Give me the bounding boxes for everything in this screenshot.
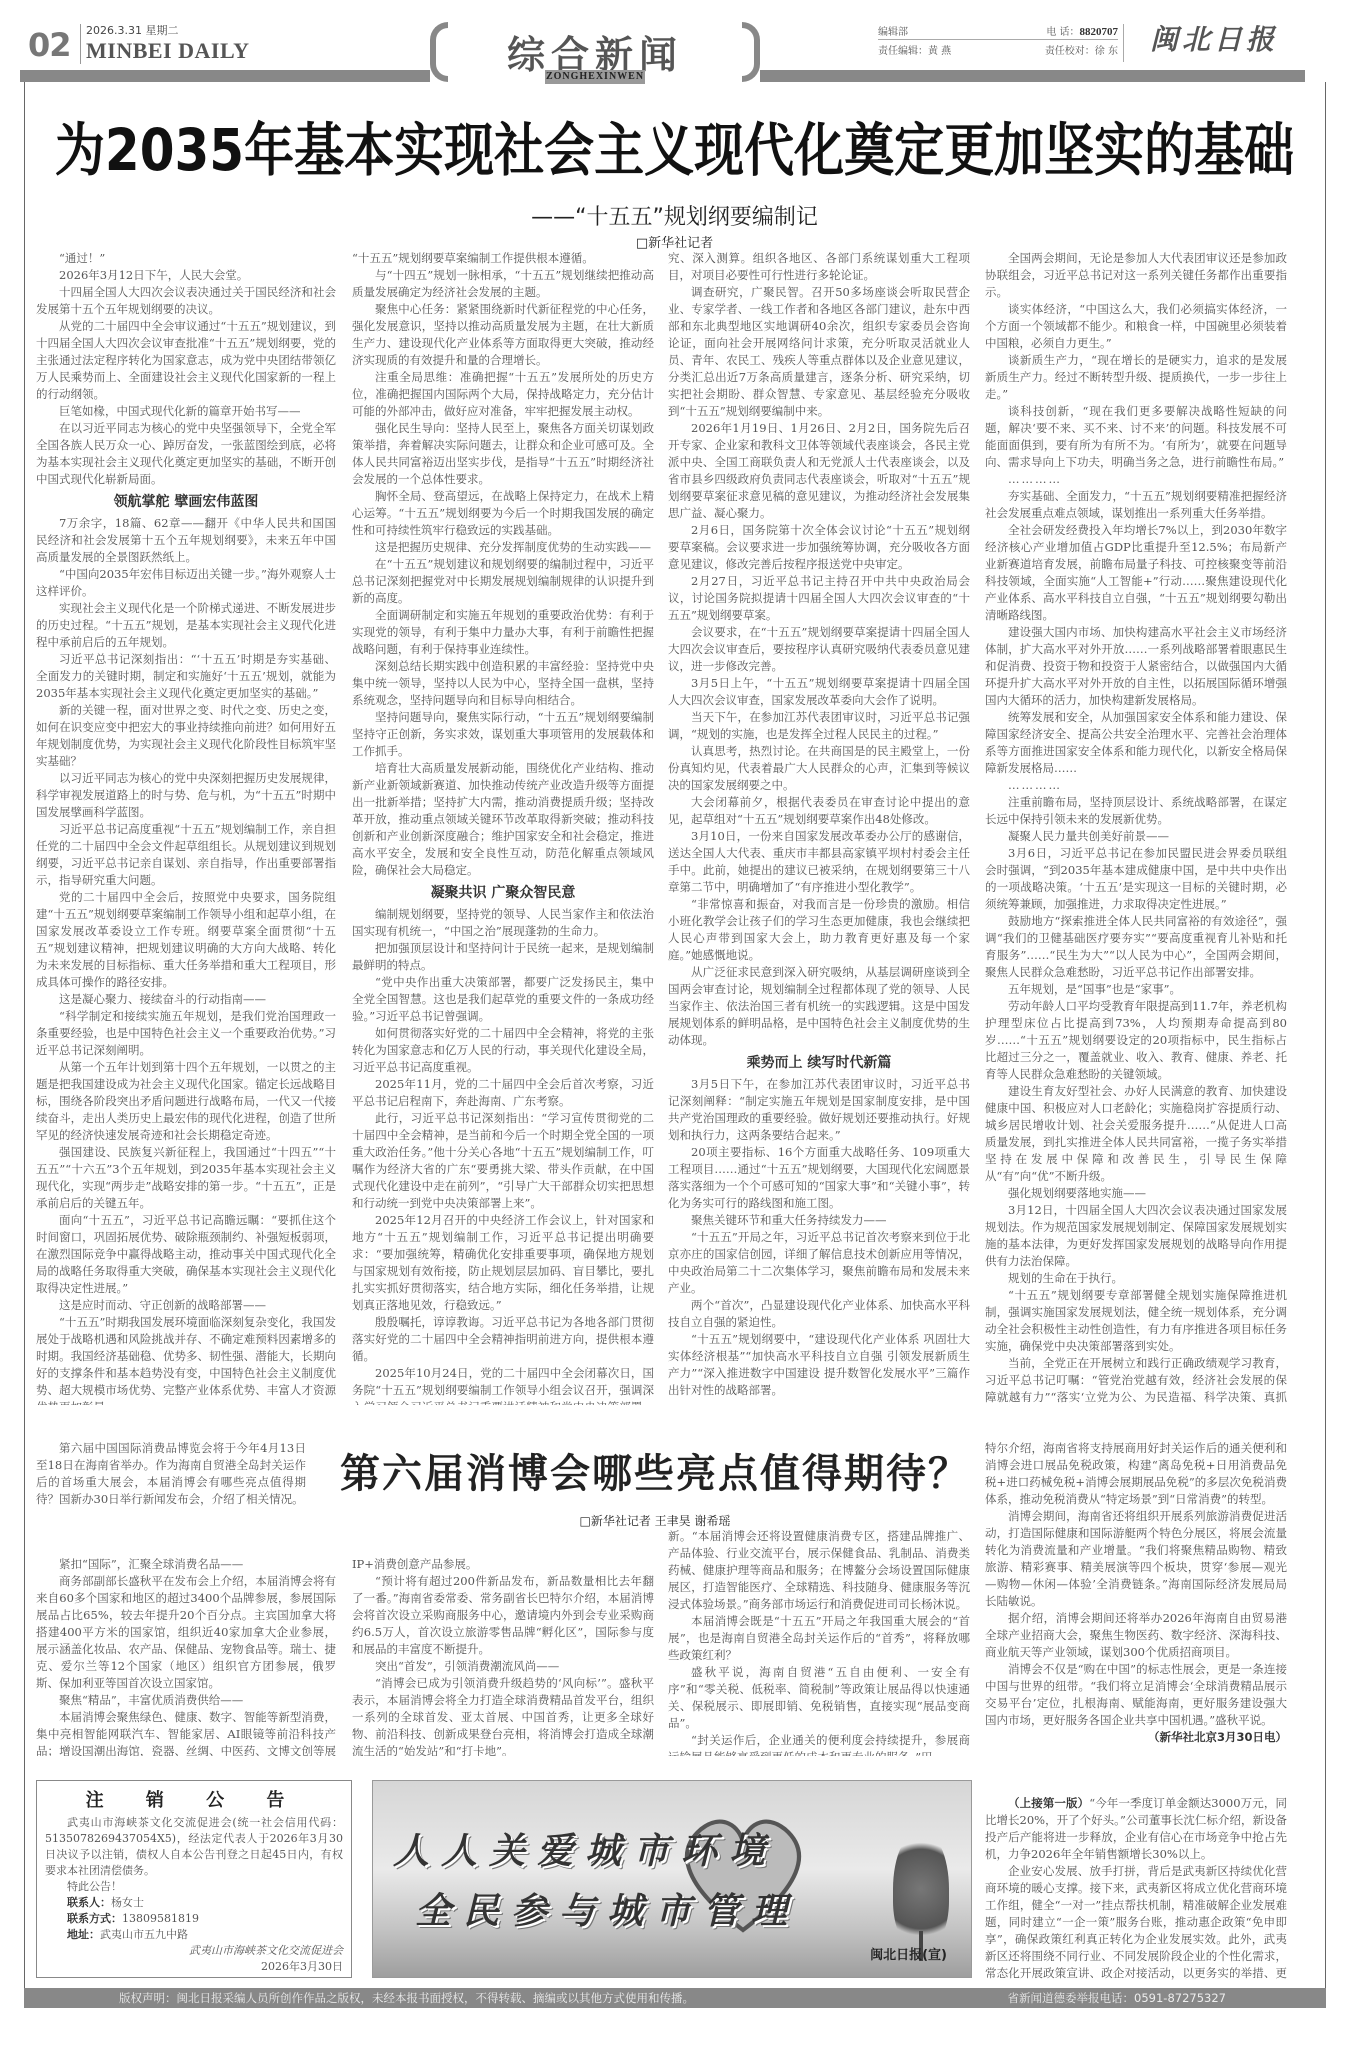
paragraph: 本届消博会聚焦绿色、健康、数字、智能等新型消费，集中亮相智能网联汽车、智能家居、… bbox=[36, 1709, 336, 1756]
paragraph: “十五五”规划纲要中，“建设现代化产业体系 巩固壮大实体经济根基”“加快高水平科… bbox=[668, 1331, 970, 1399]
paragraph: 此行，习近平总书记深刻指出：“学习宣传贯彻党的二十届四中全会精神，是当前和今后一… bbox=[352, 1110, 654, 1212]
paragraph: 2月6日，国务院第十次全体会议讨论“十五五”规划纲要草案稿。会议要求进一步加强统… bbox=[668, 522, 970, 573]
paragraph: 编制规划纲要，坚持党的领导、人民当家作主和依法治国实现有机统一，“中国之治”展现… bbox=[352, 906, 654, 940]
section-subheading: 乘势而上 续写时代新篇 bbox=[668, 1055, 970, 1072]
ellipsis-separator: ………… bbox=[985, 777, 1287, 794]
paragraph: 2026年3月12日下午，人民大会堂。 bbox=[36, 267, 336, 284]
paragraph: “党中央作出重大决策部署，都要广泛发扬民主，集中全党全国智慧。这也是我们起草党的… bbox=[352, 974, 654, 1025]
section-subheading: 凝聚共识 广聚众智民意 bbox=[352, 885, 654, 902]
paragraph: 建设强大国内市场、加快构建高水平社会主义市场经济体制，扩大高水平对外开放……一系… bbox=[985, 624, 1287, 709]
paragraph: 凝聚人民力量共创美好前景—— bbox=[985, 828, 1287, 845]
paragraph: 当天下午，在参加江苏代表团审议时，习近平总书记强调，“规划的实施，也是发挥全过程… bbox=[668, 709, 970, 743]
paragraph: 从广泛征求民意到深入研究吸纳，从基层调研座谈到全国两会审查讨论，规划编制全过程都… bbox=[668, 964, 970, 1049]
paragraph: 强化民生导向：坚持人民至上，聚焦各方面关切谋划政策举措，奔着解决实际问题去，让群… bbox=[352, 420, 654, 488]
paragraph: 注重前瞻布局，坚持顶层设计、系统战略部署，在谋定长远中保持引领未来的发展新优势。 bbox=[985, 794, 1287, 828]
paragraph: 聚焦中心任务：紧紧围绕新时代新征程党的中心任务，强化发展意识，坚持以推动高质量发… bbox=[352, 301, 654, 369]
paragraph: 习近平总书记深刻指出：“‘十五五’时期是夯实基础、全面发力的关键时期，制定和实施… bbox=[36, 651, 336, 702]
paragraph: 这是把握历史规律、充分发挥制度优势的生动实践—— bbox=[352, 539, 654, 556]
paragraph: 2025年10月24日，党的二十届四中全会闭幕次日，国务院“十五五”规划纲要编制… bbox=[352, 1365, 654, 1405]
main-article-column-2: “十五五”规划纲要草案编制工作提供根本遵循。与“十四五”规划一脉相承，“十五五”… bbox=[352, 250, 654, 1405]
section-pinyin: ZONGHEXINWEN bbox=[545, 70, 645, 84]
paragraph: IP+消费创意产品参展。 bbox=[352, 1556, 654, 1573]
paragraph: 强化规划纲要落地实施—— bbox=[985, 1185, 1287, 1202]
paragraph: 2025年11月，党的二十届四中全会后首次考察，习近平总书记启程南下，奔赴海南、… bbox=[352, 1076, 654, 1110]
paragraph: 深刻总结长期实践中创造积累的丰富经验：坚持党中央集中统一领导，坚持以人民为中心，… bbox=[352, 658, 654, 709]
paragraph: 鼓励地方“探索推进全体人民共同富裕的有效途径”，强调“我们的卫健基础医疗要夯实”… bbox=[985, 913, 1287, 981]
dept-phone: 电 话：8820707 bbox=[1046, 23, 1118, 38]
paragraph: “非常惊喜和振奋，对我而言是一份珍贵的激励。相信小班化教学会让孩子们的学习生态更… bbox=[668, 896, 970, 964]
paragraph: “十五五”时期我国发展环境面临深刻复杂变化，我国发展处于战略机遇和风险挑战并存、… bbox=[36, 1314, 336, 1405]
paragraph: 夯实基础、全面发力，“十五五”规划纲要精准把握经济社会发展重点难点领域，谋划推出… bbox=[985, 488, 1287, 522]
main-article-column-3: 究、深入测算。组织各地区、各部门系统谋划重大工程项目，对项目必要性可行性进行多轮… bbox=[668, 250, 970, 1405]
paragraph: 调查研究，广聚民智。召开50多场座谈会听取民营企业、专家学者、一线工作者和各地区… bbox=[668, 284, 970, 420]
paragraph: 与“十四五”规划一脉相承，“十五五”规划继续把推动高质量发展确定为经济社会发展的… bbox=[352, 267, 654, 301]
paragraph: 胸怀全局、登高望远，在战略上保持定力，在战术上精心运筹。“十五五”规划纲要为今后… bbox=[352, 488, 654, 539]
dept-label: 编辑部 bbox=[878, 23, 908, 38]
paragraph: 3月5日下午，在参加江苏代表团审议时，习近平总书记深刻阐释：“制定实施五年规划是… bbox=[668, 1076, 970, 1144]
paragraph: 在“十五五”规划建议和规划纲要的编制过程中，习近平总书记深刻把握党对中长期发展规… bbox=[352, 556, 654, 607]
paragraph: 坚持问题导向，聚焦实际行动，“十五五”规划纲要编制坚持守正创新，务实求效，谋划重… bbox=[352, 709, 654, 760]
continued-article: （上接第一版）“今年一季度订单金额达3000万元，同比增长20%，开了个好头。”… bbox=[985, 1795, 1287, 1980]
main-article-column-4: 全国两会期间，无论是参加人大代表团审议还是参加政协联组会，习近平总书记对这一系列… bbox=[985, 250, 1287, 1405]
bracket-left-decor bbox=[430, 22, 448, 82]
paragraph: 从党的二十届四中全会审议通过“十五五”规划建议，到十四届全国人大四次会议审查批准… bbox=[36, 318, 336, 403]
paragraph: “中国向2035年宏伟目标迈出关键一步。”海外观察人士这样评价。 bbox=[36, 566, 336, 600]
copyright-notice: 版权声明：闽北日报采编人员所创作作品之版权，未经本报书面授权，不得转载、摘编或以… bbox=[119, 1988, 694, 2008]
paragraph: 在以习近平同志为核心的党中央坚强领导下，全党全军全国各族人民万众一心、踔厉奋发，… bbox=[36, 420, 336, 488]
paragraph: 3月10日，一份来自国家发展改革委办公厅的感谢信，送达全国人大代表、重庆市丰都县… bbox=[668, 828, 970, 896]
paragraph: “十五五”开局之年，习近平总书记首次考察来到位于北京亦庄的国家信创园，详细了解信… bbox=[668, 1229, 970, 1297]
paragraph: 面向“十五五”，习近平总书记高瞻远瞩：“要抓住这个时间窗口，巩固拓展优势、破除瓶… bbox=[36, 1212, 336, 1297]
report-hotline: 省新闻道德委举报电话：0591-87275327 bbox=[1008, 1988, 1226, 2008]
paragraph: 消博会期间，海南省还将组织开展系列旅游消费促进活动，打造国际健康和国际游艇两个特… bbox=[985, 1508, 1287, 1610]
main-subheadline: ——“十五五”规划纲要编制记 bbox=[24, 200, 1325, 231]
paragraph: 特尔介绍，海南省将支持展商用好封关运作后的通关便利和消博会进口展品免税政策，构建… bbox=[985, 1440, 1287, 1508]
paragraph: 第六届中国国际消费品博览会将于今年4月13日至18日在海南省举办。作为海南自贸港… bbox=[36, 1440, 306, 1508]
expo-intro: 第六届中国国际消费品博览会将于今年4月13日至18日在海南省举办。作为海南自贸港… bbox=[36, 1440, 306, 1550]
paragraph: 五年规划，是“国事”也是“家事”。 bbox=[985, 981, 1287, 998]
paragraph: 消博会不仅是“购在中国”的标志性展会，更是一条连接中国与世界的纽带。“我们将立足… bbox=[985, 1661, 1287, 1729]
editor-info: 编辑部 电 话：8820707 责任编辑：黄 燕 责任校对：徐 东 bbox=[878, 22, 1118, 58]
paragraph: 强国建设、民族复兴新征程上，我国通过“十四五”“十五五”“十六五”3个五年规划，… bbox=[36, 1144, 336, 1212]
paragraph: “十五五”规划纲要专章部署健全规划实施保障推进机制，强调实施国家发展规划法，健全… bbox=[985, 1287, 1287, 1355]
paragraph: “通过！” bbox=[36, 250, 336, 267]
continued-paragraph: （上接第一版）“今年一季度订单金额达3000万元，同比增长20%，开了个好头。”… bbox=[985, 1795, 1287, 1863]
expo-byline: □新华社记者 王聿昊 谢希瑶 bbox=[310, 1512, 1000, 1529]
paragraph: 当前，全党正在开展树立和践行正确政绩观学习教育，习近平总书记叮嘱：“管党治党越有… bbox=[985, 1355, 1287, 1405]
notice-signer: 武夷山市海峡茶文化交流促进会 bbox=[45, 1943, 343, 1959]
paragraph: 2026年1月19日、1月26日、2月2日，国务院先后召开专家、企业家和教科文卫… bbox=[668, 420, 970, 522]
paragraph: 突出“首发”，引领消费潮流风尚—— bbox=[352, 1658, 654, 1675]
paragraph: 这是凝心聚力、接续奋斗的行动指南—— bbox=[36, 991, 336, 1008]
paragraph: 建设生育友好型社会、办好人民满意的教育、加快建设健康中国、积极应对人口老龄化；实… bbox=[985, 1083, 1287, 1185]
page-frame-right bbox=[1325, 82, 1326, 1992]
expo-column-3: 新。“本届消博会还将设置健康消费专区，搭建品牌推广、产品体验、行业交流平台，展示… bbox=[668, 1528, 970, 1756]
paragraph: 从第一个五年计划到第十四个五年规划，一以贯之的主题是把我国建设成为社会主义现代化… bbox=[36, 1059, 336, 1144]
paragraph: 十四届全国人大四次会议表决通过关于国民经济和社会发展第十五个五年规划纲要的决议。 bbox=[36, 284, 336, 318]
ellipsis-separator: ………… bbox=[985, 471, 1287, 488]
paragraph: “科学制定和接续实施五年规划，是我们党治国理政一条重要经验，也是中国特色社会主义… bbox=[36, 1008, 336, 1059]
notice-date: 2026年3月30日 bbox=[45, 1959, 343, 1975]
paragraph: 全社会研发经费投入年均增长7%以上，到2030年数字经济核心产业增加值占GDP比… bbox=[985, 522, 1287, 624]
editor-in-charge: 责任编辑：黄 燕 bbox=[878, 42, 951, 57]
paragraph: 劳动年龄人口平均受教育年限提高到11.7年，养老机构护理型床位占比提高到73%，… bbox=[985, 998, 1287, 1083]
paragraph: 聚焦关键环节和重大任务持续发力—— bbox=[668, 1212, 970, 1229]
paragraph: 究、深入测算。组织各地区、各部门系统谋划重大工程项目，对项目必要性可行性进行多轮… bbox=[668, 250, 970, 284]
continued-paragraph: 企业安心发展、放手打拼，背后是武夷新区持续优化营商环境的暖心支撑。接下来，武夷新… bbox=[985, 1863, 1287, 1980]
paragraph: 紧扣“国际”，汇聚全球消费名品—— bbox=[36, 1556, 336, 1573]
paragraph: 盛秋平说，海南自贸港“五自由便利、一安全有序”和“零关税、低税率、简税制”等政策… bbox=[668, 1664, 970, 1732]
bracket-right-decor bbox=[742, 22, 760, 82]
paragraph: 3月12日，十四届全国人大四次会议表决通过国家发展规划法。作为规范国家发展规划制… bbox=[985, 1202, 1287, 1270]
masthead: 02 2026.3.31 星期二 MINBEI DAILY 综合新闻 ZONGH… bbox=[0, 0, 1349, 80]
paragraph: 党的二十届四中全会后，按照党中央要求，国务院组建“十五五”规划纲要草案编制工作领… bbox=[36, 889, 336, 991]
paragraph: 3月5日上午，“十五五”规划纲要草案提请十四届全国人大四次会议审查，国家发展改革… bbox=[668, 675, 970, 709]
public-service-banner: 人人关爱城市环境 全民参与城市管理 闽北日报(宣) bbox=[372, 1780, 972, 1978]
notice-closing: 特此公告！ bbox=[45, 1879, 343, 1895]
paragraph: 3月6日，习近平总书记在参加民盟民进会界委员联组会时强调，“到2035年基本建成… bbox=[985, 845, 1287, 913]
paragraph: 实现社会主义现代化是一个阶梯式递进、不断发展进步的历史过程。“十五五”规划，是基… bbox=[36, 600, 336, 651]
notice-phone: 联系方式：13809581819 bbox=[45, 1911, 343, 1927]
expo-column-4: 特尔介绍，海南省将支持展商用好封关运作后的通关便利和消博会进口展品免税政策，构建… bbox=[985, 1440, 1287, 1756]
paragraph: 如何贯彻落实好党的二十届四中全会精神，将党的主张转化为国家意志和亿万人民的行动，… bbox=[352, 1025, 654, 1076]
main-article-column-1: “通过！”2026年3月12日下午，人民大会堂。十四届全国人大四次会议表决通过关… bbox=[36, 250, 336, 1405]
page-frame-left bbox=[24, 82, 25, 1992]
paragraph: 规划的生命在于执行。 bbox=[985, 1270, 1287, 1287]
paragraph: “预计将有超过200件新品发布，新品数量相比去年翻了一番。”海南省委常委、常务副… bbox=[352, 1573, 654, 1658]
paragraph: 2月27日，习近平总书记主持召开中共中央政治局会议，讨论国务院拟提请十四届全国人… bbox=[668, 573, 970, 624]
paragraph: “十五五”规划纲要草案编制工作提供根本遵循。 bbox=[352, 250, 654, 267]
paragraph: 这是应时而动、守正创新的战略部署—— bbox=[36, 1297, 336, 1314]
paper-logo: 闽北日报 bbox=[1150, 18, 1278, 58]
dateline: （新华社北京3月30日电） bbox=[985, 1729, 1287, 1746]
paragraph: 认真思考，热烈讨论。在共商国是的民主殿堂上，一份份真知灼见，代表着最广大人民群众… bbox=[668, 743, 970, 794]
paragraph: 谈实体经济，“中国这么大，我们必须搞实体经济，一个方面一个领域都不能少。和粮食一… bbox=[985, 301, 1287, 352]
issue-date: 2026.3.31 星期二 bbox=[86, 22, 178, 38]
masthead-divider-right bbox=[1123, 24, 1124, 62]
paragraph: 聚焦“精品”，丰富优质消费供给—— bbox=[36, 1692, 336, 1709]
expo-column-1: 紧扣“国际”，汇聚全球消费名品——商务部副部长盛秋平在发布会上介绍，本届消博会将… bbox=[36, 1556, 336, 1756]
section-subheading: 领航掌舵 擘画宏伟蓝图 bbox=[36, 494, 336, 511]
notice-body: 武夷山市海峡茶文化交流促进会(统一社会信用代码：51350782694370​5… bbox=[45, 1815, 343, 1879]
paragraph: 殷殷嘱托，谆谆教诲。习近平总书记为各地各部门贯彻落实好党的二十届四中全会精神指明… bbox=[352, 1314, 654, 1365]
paragraph: 以习近平同志为核心的党中央深刻把握历史发展规律，科学审视发展道路上的时与势、危与… bbox=[36, 770, 336, 821]
paragraph: 全国两会期间，无论是参加人大代表团审议还是参加政协联组会，习近平总书记对这一系列… bbox=[985, 250, 1287, 301]
paragraph: 全面调研制定和实施五年规划的重要政治优势：有利于实现党的领导，有利于集中力量办大… bbox=[352, 607, 654, 658]
masthead-bar-right bbox=[760, 70, 1305, 82]
paragraph: 谈科技创新，“现在我们更多要解决战略性短缺的问题，解决‘要不来、买不来、讨不来’… bbox=[985, 403, 1287, 471]
paragraph: 培育壮大高质量发展新动能，围绕优化产业结构、推动新产业新领域新赛道、加快推动传统… bbox=[352, 760, 654, 879]
paragraph: 商务部副部长盛秋平在发布会上介绍，本届消博会将有来自60多个国家和地区的超过34… bbox=[36, 1573, 336, 1692]
cancellation-notice: 注 销 公 告 武夷山市海峡茶文化交流促进会(统一社会信用代码：51350782… bbox=[36, 1780, 352, 1978]
paragraph: 把加强顶层设计和坚持问计于民统一起来，是规划编制最鲜明的特点。 bbox=[352, 940, 654, 974]
masthead-bar-left bbox=[20, 70, 430, 82]
expo-headline: 第六届消博会哪些亮点值得期待？ bbox=[310, 1442, 1000, 1499]
paragraph: 7万余字，18篇、62章——翻开《中华人民共和国国民经济和社会发展第十五个五年规… bbox=[36, 515, 336, 566]
paper-english-name: MINBEI DAILY bbox=[86, 38, 250, 64]
paragraph: 新的关键一程，面对世界之变、时代之变、历史之变，如何在识变应变中把宏大的事业持续… bbox=[36, 702, 336, 770]
paragraph: 两个“首次”，凸显建设现代化产业体系、加快高水平科技自立自强的紧迫性。 bbox=[668, 1297, 970, 1331]
paragraph: “消博会已成为引领消费升级趋势的‘风向标’”。盛秋平表示，本届消博会将全力打造全… bbox=[352, 1675, 654, 1756]
continued-lead: （上接第一版） bbox=[1008, 1796, 1089, 1810]
masthead-divider bbox=[80, 24, 81, 64]
notice-address: 地址：武夷山市五九中路 bbox=[45, 1927, 343, 1943]
paragraph: 20项主要指标、16个方面重大战略任务、109项重大工程项目……通过“十五五”规… bbox=[668, 1144, 970, 1212]
section-header: 综合新闻 ZONGHEXINWEN bbox=[430, 22, 760, 92]
paragraph: 新。“本届消博会还将设置健康消费专区，搭建品牌推广、产品体验、行业交流平台，展示… bbox=[668, 1528, 970, 1613]
banner-slogan-1: 人人关爱城市环境 bbox=[393, 1823, 777, 1874]
footer-bar: 版权声明：闽北日报采编人员所创作作品之版权，未经本报书面授权，不得转载、摘编或以… bbox=[24, 1988, 1326, 2008]
paragraph: 2025年12月召开的中央经济工作会议上，针对国家和地方“十五五”规划编制工作，… bbox=[352, 1212, 654, 1314]
banner-slogan-2: 全民参与城市管理 bbox=[415, 1883, 799, 1934]
paragraph: “封关运作后，企业通关的便利度会持续提升，参展商运输展品能够享受到更低的成本和更… bbox=[668, 1732, 970, 1756]
proofreader: 责任校对：徐 东 bbox=[1045, 42, 1118, 57]
paragraph: 据介绍，消博会期间还将举办2026年海南自由贸易港全球产业招商大会，聚焦生物医药… bbox=[985, 1610, 1287, 1661]
paragraph: 巨笔如椽，中国式现代化新的篇章开始书写—— bbox=[36, 403, 336, 420]
paragraph: 注重全局思维：准确把握“十五五”发展所处的历史方位，准确把握国内国际两个大局，保… bbox=[352, 369, 654, 420]
expo-column-2: IP+消费创意产品参展。“预计将有超过200件新品发布，新品数量相比去年翻了一番… bbox=[352, 1556, 654, 1756]
notice-title: 注 销 公 告 bbox=[45, 1793, 343, 1809]
paragraph: 谈新质生产力，“现在增长的是硬实力，追求的是发展新质生产力。经过不断转型升级、提… bbox=[985, 352, 1287, 403]
paragraph: 本届消博会既是“十五五”开局之年我国重大展会的“首展”，也是海南自贸港全岛封关运… bbox=[668, 1613, 970, 1664]
paragraph: 习近平总书记高度重视“十五五”规划编制工作，亲自担任党的二十届四中全会文件起草组… bbox=[36, 821, 336, 889]
banner-credit: 闽北日报(宣) bbox=[870, 1944, 947, 1963]
page-number: 02 bbox=[28, 26, 71, 64]
main-headline: 为2035年基本实现社会主义现代化奠定更加坚实的基础 bbox=[24, 105, 1325, 188]
paragraph: 会议要求，在“十五五”规划纲要草案提请十四届全国人大四次会议审查后，要按程序认真… bbox=[668, 624, 970, 675]
paragraph: 大会闭幕前夕，根据代表委员在审查讨论中提出的意见，起草组对“十五五”规划纲要草案… bbox=[668, 794, 970, 828]
paragraph: 统筹发展和安全，从加强国家安全体系和能力建设、保障国家经济安全、提高公共安全治理… bbox=[985, 709, 1287, 777]
main-byline: □新华社记者 bbox=[24, 232, 1325, 251]
notice-contact: 联系人：杨女士 bbox=[45, 1895, 343, 1911]
